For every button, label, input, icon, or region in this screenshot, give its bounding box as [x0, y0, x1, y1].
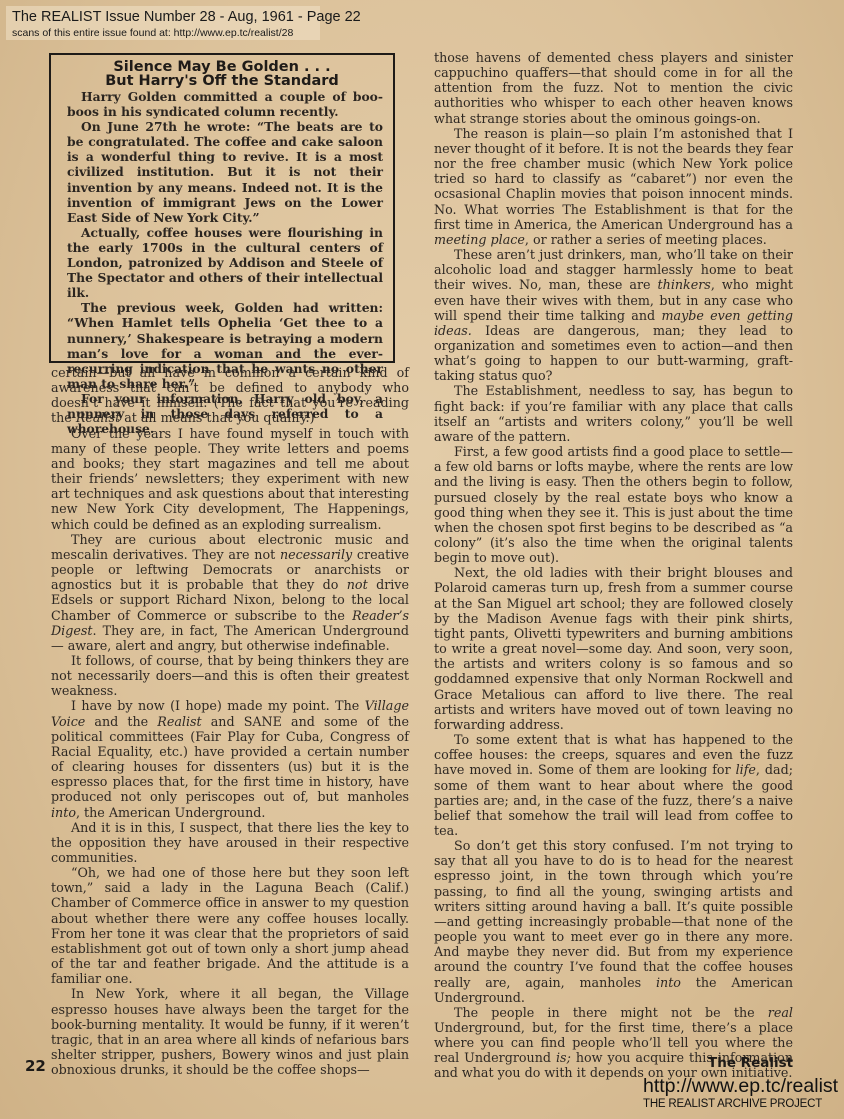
- right-column: those havens of demented chess players a…: [434, 50, 793, 1081]
- issue-scan-link[interactable]: scans of this entire issue found at: htt…: [12, 27, 293, 39]
- issue-title: The REALIST Issue Number 28 - Aug, 1961 …: [12, 9, 361, 25]
- paragraph: These aren’t just drinkers, man, who’ll …: [434, 247, 793, 383]
- paragraph: those havens of demented chess players a…: [434, 50, 793, 126]
- left-column: certain—but all have in common a certain…: [51, 365, 409, 1077]
- paragraph: It follows, of course, that by being thi…: [51, 653, 409, 698]
- paragraph: First, a few good artists find a good pl…: [434, 444, 793, 565]
- archive-url-link[interactable]: http://www.ep.tc/realist: [643, 1075, 838, 1098]
- archive-project-name: THE REALIST ARCHIVE PROJECT: [643, 1098, 822, 1110]
- sidebar-paragraph: Harry Golden committed a couple of boo-b…: [67, 89, 383, 119]
- paragraph: In New York, where it all began, the Vil…: [51, 986, 409, 1077]
- scan-header-stamp: The REALIST Issue Number 28 - Aug, 1961 …: [6, 6, 320, 40]
- paragraph: Over the years I have found myself in to…: [51, 426, 409, 532]
- sidebar-title-line2: But Harry's Off the Standard: [61, 74, 383, 88]
- sidebar-box: Silence May Be Golden . . . But Harry's …: [49, 53, 395, 363]
- paragraph: The reason is plain—so plain I’m astonis…: [434, 126, 793, 247]
- paragraph: Next, the old ladies with their bright b…: [434, 565, 793, 732]
- paragraph: “Oh, we had one of those here but they s…: [51, 865, 409, 986]
- paragraph: certain—but all have in common a certain…: [51, 365, 409, 426]
- sidebar-paragraph: On June 27th he wrote: “The beats are to…: [67, 119, 383, 225]
- paragraph: The Establishment, needless to say, has …: [434, 383, 793, 444]
- page-number: 22: [25, 1057, 46, 1075]
- paragraph: So don’t get this story confused. I’m no…: [434, 838, 793, 1005]
- sidebar-paragraph: Actually, coffee houses were flourishing…: [67, 225, 383, 300]
- publication-name: The Realist: [708, 1055, 793, 1071]
- paragraph: I have by now (I hope) made my point. Th…: [51, 698, 409, 819]
- sidebar-title-line1: Silence May Be Golden . . .: [61, 60, 383, 74]
- paragraph: And it is in this, I suspect, that there…: [51, 820, 409, 865]
- paragraph: To some extent that is what has happened…: [434, 732, 793, 838]
- paragraph: They are curious about electronic music …: [51, 532, 409, 653]
